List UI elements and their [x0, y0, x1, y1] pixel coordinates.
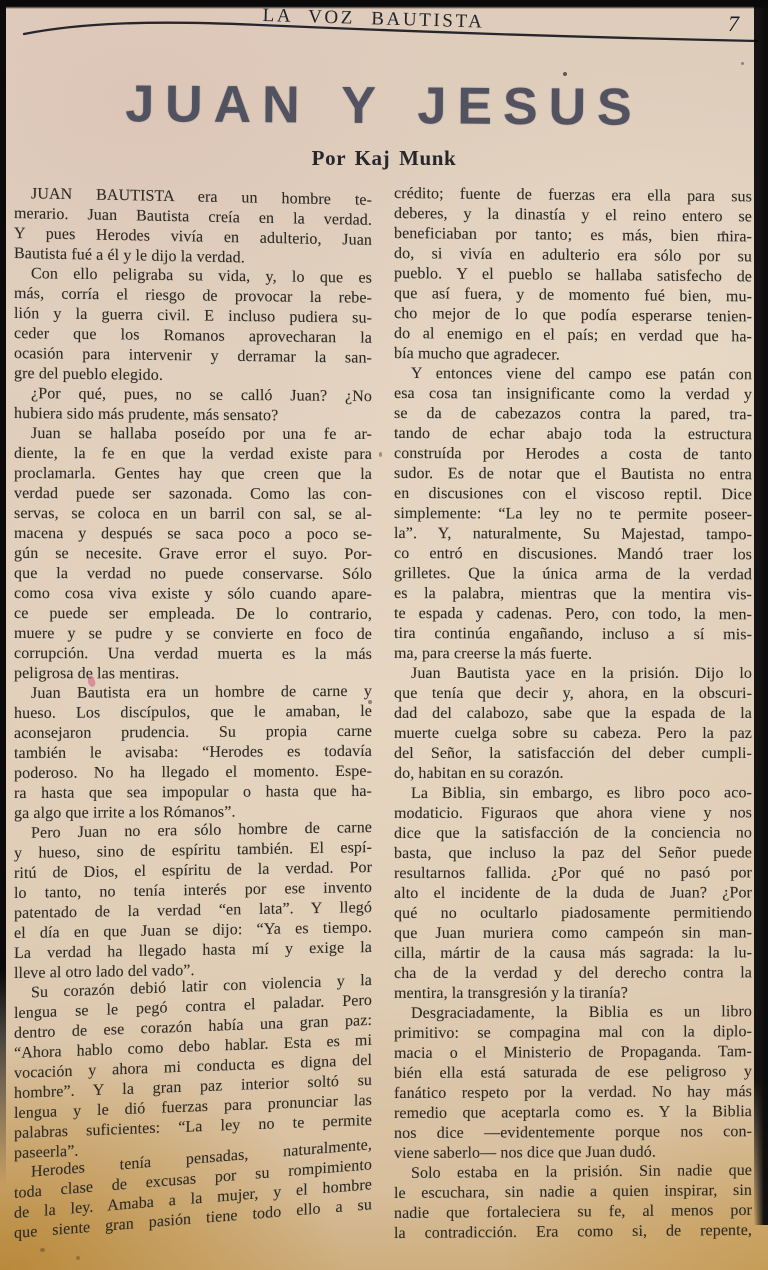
paragraph: Juan Bautista yace en la prisión. Dijo l… [394, 664, 752, 784]
paragraph: Desgraciadamente, la Biblia es un librop… [394, 1002, 752, 1164]
text-line: bién ella está saturada de ese peligroso… [394, 1062, 752, 1084]
text-line: cilla, mártir de la causa más sagrada: l… [394, 943, 752, 964]
text-line: do, habitan en su corazón. [394, 764, 752, 784]
text-line: qué no ocultarlo piadosamente permitiend… [394, 903, 752, 924]
text-line: cha de la verdad y del derecho contra la [394, 963, 752, 984]
text-line: aconsejaron prudencia. Su propia carne [14, 722, 372, 744]
text-line: te espada y cadenas. Pero, con todo, la … [394, 604, 752, 625]
paragraph: Con ello peligraba su vida, y, lo que es… [14, 264, 372, 389]
text-line: Juan se hallaba poseído por una fe ar- [14, 424, 372, 445]
text-line: modaticio. Figuraos que ahora viene y no… [394, 803, 752, 824]
paragraph: crédito; fuente de fuerzas era ella para… [394, 184, 752, 367]
text-line: la”. Y, naturalmente, Su Majestad, tampo… [394, 524, 752, 545]
text-line: La Biblia, sin embargo, es libro poco ac… [394, 783, 752, 804]
text-line: que la verdad no puede conservarse. Sólo [14, 564, 372, 585]
text-line: Juan Bautista era un hombre de carne y [14, 682, 372, 704]
text-line: primitivo: se compagina mal con la diplo… [394, 1022, 752, 1044]
text-line: co entró en discusiones. Mandó traer los [394, 544, 752, 565]
text-line: muerte cuelga sobre su cabeza. Pero la p… [394, 724, 752, 744]
text-line: dad del calabozo, sabe que la espada de … [394, 704, 752, 724]
text-line: servas, se coloca en un barril con sal, … [14, 504, 372, 525]
text-line: que Juan muriera como campeón sin man- [394, 923, 752, 944]
paragraph: Juan se hallaba poseído por una fe ar-di… [14, 424, 372, 685]
text-line: es la palabra, mientras que la mentira v… [394, 584, 752, 605]
text-line: Y entonces viene del campo ese patán con [394, 364, 752, 385]
paragraph: Su corazón debió latir con violencia y l… [14, 971, 372, 1164]
text-line: ra hasta que sea impopular o hasta que h… [14, 782, 372, 804]
text-line: Juan Bautista yace en la prisión. Dijo l… [394, 664, 752, 684]
text-line: poderoso. No ha llegado el momento. Espe… [14, 762, 372, 784]
text-line: fanático respeto por la verdad. No hay m… [394, 1082, 752, 1104]
text-line: grilletes. Que la única arma de la verda… [394, 564, 752, 585]
paragraph: La Biblia, sin embargo, es libro poco ac… [394, 783, 752, 1004]
text-line: esa cosa tan insignificante como la verd… [394, 384, 752, 405]
text-line: ce puede ser empleada. De lo contrario, [14, 604, 372, 625]
text-line: basta, que incluso la paz del Señor pued… [394, 843, 752, 864]
text-line: tando de echar abajo toda la estructura [394, 424, 752, 445]
text-line: simplemente: “La ley no te permite posee… [394, 504, 752, 525]
scan-speck [563, 72, 567, 76]
paragraph: Y entonces viene del campo ese patán con… [394, 364, 752, 665]
scan-speck [76, 1256, 80, 1260]
text-line: tira continúa engañando, incluso a sí mi… [394, 624, 752, 645]
scan-speck [741, 62, 744, 65]
text-line: muere y se pudre y se convierte en foco … [14, 624, 372, 645]
paragraph: Juan Bautista era un hombre de carne yhu… [14, 682, 372, 824]
text-line: gún se necesite. Grave error el suyo. Po… [14, 544, 372, 565]
scan-speck [379, 452, 382, 457]
text-line: resultarnos fallida. ¿Por qué no pasó po… [394, 863, 752, 884]
column-right: crédito; fuente de fuerzas era ella para… [394, 184, 752, 1244]
paragraph: JUAN BAUTISTA era un hombre te-merario. … [14, 184, 372, 271]
text-line: del Señor, la satisfacción del deber cum… [394, 744, 752, 764]
text-line: sudor. Es de notar que el Bautista no en… [394, 464, 752, 485]
text-line: macia o el Ministerio de Propaganda. Tam… [394, 1042, 752, 1064]
column-left: JUAN BAUTISTA era un hombre te-merario. … [14, 184, 372, 1244]
text-line: Desgraciadamente, la Biblia es un libro [394, 1002, 752, 1024]
text-line: también le avisaba: “Herodes es todavía [14, 742, 372, 764]
text-line: dice que la satisfacción de la concienci… [394, 823, 752, 844]
scan-speck [40, 1248, 45, 1252]
paragraph: ¿Por qué, pues, no se calló Juan? ¿Nohub… [14, 384, 372, 427]
text-line: proclamarla. Gentes hay que creen que la [14, 464, 372, 485]
scan-speck [368, 700, 372, 704]
scan-edge-right [754, 0, 768, 1225]
paragraph: Pero Juan no era sólo hombre de carney h… [14, 818, 372, 984]
text-line: macena y después se saca poco a poco se- [14, 524, 372, 545]
text-line: en discusiones con el viscoso reptil. Di… [394, 484, 752, 505]
scan-edge-top [0, 0, 768, 9]
page-number: 7 [728, 11, 739, 37]
text-line: se da de cabezazos contra la pared, tra- [394, 404, 752, 425]
text-line: alto el incidente de la duda de Juan? ¿P… [394, 883, 752, 904]
text-line: nos dice —evidentemente porque nos con- [394, 1122, 752, 1144]
text-line: verdad puede ser sazonada. Como las con- [14, 484, 372, 505]
text-line: diente, la fe en que la verdad existe pa… [14, 444, 372, 465]
text-line: remedio que aceptarla como es. Y la Bibl… [394, 1102, 752, 1124]
text-line: ma, para creerse la más fuerte. [394, 644, 752, 665]
text-line: corrupción. Una verdad muerta es la más [14, 644, 372, 665]
text-line: construída por Herodes a costa de tanto [394, 444, 752, 465]
text-line: que tenía que decir y, ahora, en la obsc… [394, 684, 752, 704]
scan-speck [722, 231, 725, 234]
text-line: hueso. Los discípulos, que le amaban, le [14, 702, 372, 724]
scan-edge-left [0, 0, 6, 1185]
article-title: JUAN Y JESUS [0, 77, 768, 134]
scanned-magazine-page: LA VOZ BAUTISTA 7 JUAN Y JESUS Por Kaj M… [0, 0, 768, 1270]
text-line: la contradicción. Era como si, de repent… [394, 1221, 752, 1244]
text-line: mentira, la transgresión y la tiranía? [394, 983, 752, 1004]
text-line: como cosa viva existe y sólo cuando apar… [14, 584, 372, 605]
paragraph: Solo estaba en la prisión. Sin nadie que… [394, 1161, 752, 1244]
article-byline: Por Kaj Munk [0, 146, 768, 171]
